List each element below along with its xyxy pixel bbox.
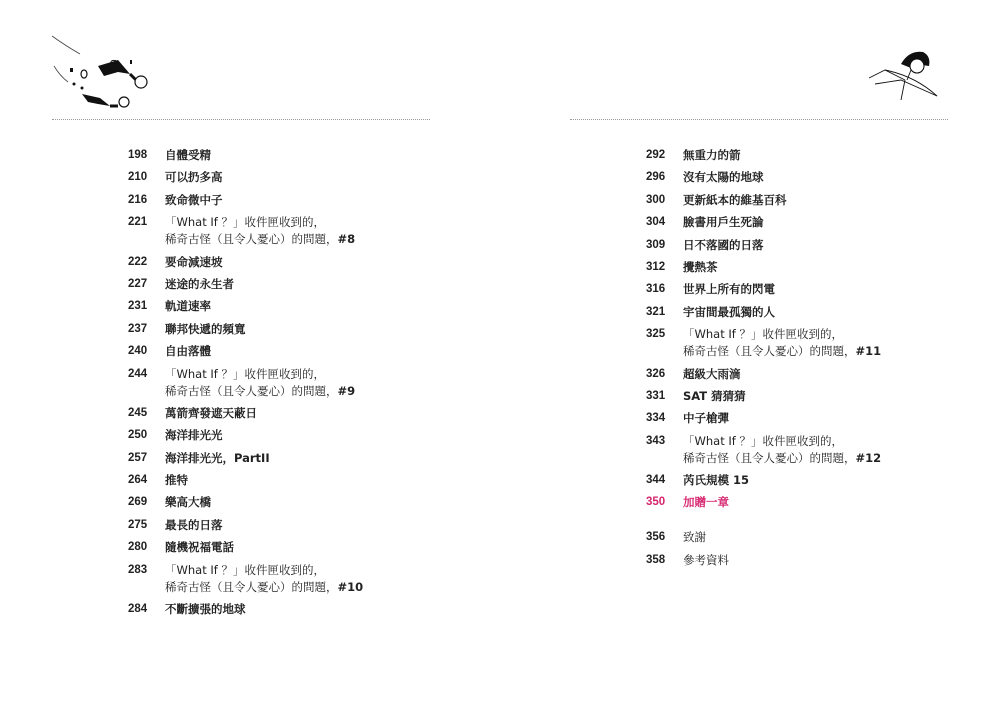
toc-page-number: 216: [128, 192, 165, 209]
toc-title-line: 自體受精: [165, 147, 211, 164]
toc-title: 最長的日落: [165, 517, 223, 534]
toc-title-text: 日不落國的日落: [683, 238, 764, 252]
toc-page-number: 198: [128, 147, 165, 164]
toc-title-text: 樂高大橋: [165, 495, 211, 509]
toc-entry[interactable]: 325「What If ？」收件匣收到的，稀奇古怪（且令人憂心）的問題，#11: [646, 326, 881, 360]
toc-page-number: 221: [128, 214, 165, 231]
toc-title-text: 參考資料: [683, 553, 729, 567]
toc-title: 中子槍彈: [683, 410, 729, 427]
toc-title-text: SAT 猜猜猜: [683, 389, 746, 403]
toc-title-text: 推特: [165, 473, 188, 487]
toc-entry[interactable]: 275最長的日落: [128, 517, 363, 534]
toc-page-number: 344: [646, 472, 683, 489]
toc-title-text: 超級大雨滴: [683, 367, 741, 381]
toc-entry[interactable]: 222要命減速坡: [128, 254, 363, 271]
toc-title-text: 致謝: [683, 530, 706, 544]
toc-title-text: 「What If ？」收件匣收到的，: [683, 327, 843, 341]
toc-title: 日不落國的日落: [683, 237, 764, 254]
toc-page-number: 316: [646, 281, 683, 298]
toc-entry[interactable]: 312攪熱茶: [646, 259, 881, 276]
toc-entry[interactable]: 316世界上所有的閃電: [646, 281, 881, 298]
toc-page-number: 296: [646, 169, 683, 186]
toc-page-number: 283: [128, 562, 165, 579]
toc-title-text: 稀奇古怪（且令人憂心）的問題，: [165, 580, 338, 594]
right-page: 292無重力的箭296沒有太陽的地球300更新紙本的維基百科304臉書用戶生死論…: [500, 0, 1000, 707]
toc-title: 超級大雨滴: [683, 366, 741, 383]
toc-page-number: 304: [646, 214, 683, 231]
left-page: 198自體受精210可以扔多高216致命微中子221「What If ？」收件匣…: [0, 0, 500, 707]
toc-title: 不斷擴張的地球: [165, 601, 246, 618]
toc-title-text: 中子槍彈: [683, 411, 729, 425]
toc-title-line: 芮氏規模 15: [683, 472, 749, 489]
toc-entry[interactable]: 356致謝: [646, 529, 881, 546]
toc-title-line: 稀奇古怪（且令人憂心）的問題，#9: [165, 383, 355, 400]
toc-title-text: 「What If ？」收件匣收到的，: [683, 434, 843, 448]
toc-title-text: 不斷擴張的地球: [165, 602, 246, 616]
toc-page-number: 210: [128, 169, 165, 186]
toc-entry[interactable]: 292無重力的箭: [646, 147, 881, 164]
toc-title-line: 可以扔多高: [165, 169, 223, 186]
toc-title: 推特: [165, 472, 188, 489]
toc-page-number: 269: [128, 494, 165, 511]
toc-entry[interactable]: 358參考資料: [646, 552, 881, 569]
toc-page-number: 312: [646, 259, 683, 276]
toc-page-number: 292: [646, 147, 683, 164]
toc-title-line: 軌道速率: [165, 298, 211, 315]
toc-page-number: 264: [128, 472, 165, 489]
toc-title-text: 軌道速率: [165, 299, 211, 313]
toc-title-line: 「What If ？」收件匣收到的，: [165, 562, 363, 579]
toc-title: 萬箭齊發遮天蔽日: [165, 405, 257, 422]
dotted-divider: [52, 119, 430, 120]
toc-entry[interactable]: 283「What If ？」收件匣收到的，稀奇古怪（且令人憂心）的問題，#10: [128, 562, 363, 596]
toc-page-number: 334: [646, 410, 683, 427]
toc-title-text: 稀奇古怪（且令人憂心）的問題，: [683, 344, 856, 358]
toc-list-left: 198自體受精210可以扔多高216致命微中子221「What If ？」收件匣…: [128, 147, 363, 623]
toc-title-text: 「What If ？」收件匣收到的，: [165, 215, 325, 229]
toc-entry[interactable]: 300更新紙本的維基百科: [646, 192, 881, 209]
toc-title-line: 中子槍彈: [683, 410, 729, 427]
toc-title-text: 加贈一章: [683, 495, 729, 509]
toc-entry[interactable]: 344芮氏規模 15: [646, 472, 881, 489]
toc-title-line: 日不落國的日落: [683, 237, 764, 254]
toc-title-text: 稀奇古怪（且令人憂心）的問題，: [165, 384, 338, 398]
toc-entry[interactable]: 231軌道速率: [128, 298, 363, 315]
toc-title-line: 稀奇古怪（且令人憂心）的問題，#8: [165, 231, 355, 248]
toc-entry[interactable]: 326超級大雨滴: [646, 366, 881, 383]
toc-title: SAT 猜猜猜: [683, 388, 746, 405]
toc-title-text: 要命減速坡: [165, 255, 223, 269]
toc-page-number: 309: [646, 237, 683, 254]
toc-title-text: 海洋排光光: [165, 428, 223, 442]
toc-page-number: 350: [646, 494, 683, 511]
toc-title-line: 稀奇古怪（且令人憂心）的問題，#10: [165, 579, 363, 596]
toc-entry[interactable]: 250海洋排光光: [128, 427, 363, 444]
toc-title-text: 萬箭齊發遮天蔽日: [165, 406, 257, 420]
toc-page-number: 325: [646, 326, 683, 343]
toc-title-text: 稀奇古怪（且令人憂心）的問題，: [683, 451, 856, 465]
toc-title-line: 最長的日落: [165, 517, 223, 534]
toc-page-number: 343: [646, 433, 683, 450]
toc-entry[interactable]: 198自體受精: [128, 147, 363, 164]
toc-title-line: 隨機祝福電話: [165, 539, 234, 556]
stick-figure-archer-icon: [865, 40, 945, 110]
toc-entry[interactable]: 350加贈一章: [646, 494, 881, 511]
toc-title-text: 自由落體: [165, 344, 211, 358]
toc-title: 軌道速率: [165, 298, 211, 315]
toc-issue-tag: #12: [856, 451, 882, 465]
toc-title-line: 加贈一章: [683, 494, 729, 511]
toc-entry[interactable]: 280隨機祝福電話: [128, 539, 363, 556]
toc-title: 迷途的永生者: [165, 276, 234, 293]
toc-title-text: 稀奇古怪（且令人憂心）的問題，: [165, 232, 338, 246]
toc-title-line: 樂高大橋: [165, 494, 211, 511]
toc-page-number: 231: [128, 298, 165, 315]
toc-title: 海洋排光光: [165, 427, 223, 444]
toc-title-line: 無重力的箭: [683, 147, 741, 164]
toc-title-text: 攪熱茶: [683, 260, 718, 274]
toc-entry[interactable]: 343「What If ？」收件匣收到的，稀奇古怪（且令人憂心）的問題，#12: [646, 433, 881, 467]
toc-title-text: 世界上所有的閃電: [683, 282, 775, 296]
toc-entry[interactable]: 257海洋排光光，PartII: [128, 450, 363, 467]
toc-title: 無重力的箭: [683, 147, 741, 164]
toc-entry[interactable]: 321宇宙間最孤獨的人: [646, 304, 881, 321]
toc-title-line: 海洋排光光: [165, 427, 223, 444]
toc-title: 世界上所有的閃電: [683, 281, 775, 298]
toc-title-text: 無重力的箭: [683, 148, 741, 162]
toc-issue-tag: #11: [856, 344, 882, 358]
toc-page-number: 227: [128, 276, 165, 293]
toc-title: 隨機祝福電話: [165, 539, 234, 556]
toc-title-line: 「What If ？」收件匣收到的，: [165, 366, 355, 383]
toc-page-number: 284: [128, 601, 165, 618]
toc-title-line: 稀奇古怪（且令人憂心）的問題，#12: [683, 450, 881, 467]
toc-title: 自體受精: [165, 147, 211, 164]
toc-title-text: 海洋排光光，PartII: [165, 451, 270, 465]
toc-title-text: 自體受精: [165, 148, 211, 162]
toc-title-text: 聯邦快遞的頻寬: [165, 322, 246, 336]
toc-title-text: 最長的日落: [165, 518, 223, 532]
toc-entry[interactable]: 216致命微中子: [128, 192, 363, 209]
toc-title: 聯邦快遞的頻寬: [165, 321, 246, 338]
toc-title-text: 臉書用戶生死論: [683, 215, 764, 229]
toc-title: 海洋排光光，PartII: [165, 450, 270, 467]
toc-page-number: 257: [128, 450, 165, 467]
toc-title-line: 要命減速坡: [165, 254, 223, 271]
toc-page-number: 250: [128, 427, 165, 444]
toc-title: 自由落體: [165, 343, 211, 360]
toc-title: 樂高大橋: [165, 494, 211, 511]
toc-page-number: 237: [128, 321, 165, 338]
toc-title: 臉書用戶生死論: [683, 214, 764, 231]
toc-entry[interactable]: 221「What If ？」收件匣收到的，稀奇古怪（且令人憂心）的問題，#8: [128, 214, 363, 248]
toc-title-line: 迷途的永生者: [165, 276, 234, 293]
toc-title-line: 自由落體: [165, 343, 211, 360]
toc-title-line: 「What If ？」收件匣收到的，: [683, 433, 881, 450]
toc-title: 宇宙間最孤獨的人: [683, 304, 775, 321]
toc-title-line: 參考資料: [683, 552, 729, 569]
toc-page-number: 331: [646, 388, 683, 405]
toc-title-text: 「What If ？」收件匣收到的，: [165, 563, 325, 577]
toc-title-line: 「What If ？」收件匣收到的，: [165, 214, 355, 231]
toc-title-line: 世界上所有的閃電: [683, 281, 775, 298]
toc-title: 芮氏規模 15: [683, 472, 749, 489]
toc-title: 「What If ？」收件匣收到的，稀奇古怪（且令人憂心）的問題，#9: [165, 366, 355, 400]
toc-title: 加贈一章: [683, 494, 729, 511]
toc-title: 參考資料: [683, 552, 729, 569]
toc-title-line: 聯邦快遞的頻寬: [165, 321, 246, 338]
toc-list-right: 292無重力的箭296沒有太陽的地球300更新紙本的維基百科304臉書用戶生死論…: [646, 147, 881, 574]
toc-entry[interactable]: 334中子槍彈: [646, 410, 881, 427]
toc-page-number: 280: [128, 539, 165, 556]
toc-issue-tag: #10: [338, 580, 364, 594]
toc-title-text: 「What If ？」收件匣收到的，: [165, 367, 325, 381]
toc-page-number: 356: [646, 529, 683, 546]
toc-issue-tag: #9: [338, 384, 356, 398]
toc-page-number: 300: [646, 192, 683, 209]
toc-title-line: 不斷擴張的地球: [165, 601, 246, 618]
toc-title-line: 海洋排光光，PartII: [165, 450, 270, 467]
toc-title: 沒有太陽的地球: [683, 169, 764, 186]
toc-title: 致謝: [683, 529, 706, 546]
toc-title-line: 推特: [165, 472, 188, 489]
toc-title-line: 致謝: [683, 529, 706, 546]
toc-page-number: 244: [128, 366, 165, 383]
toc-title-line: 宇宙間最孤獨的人: [683, 304, 775, 321]
toc-title-line: 「What If ？」收件匣收到的，: [683, 326, 881, 343]
toc-entry[interactable]: 227迷途的永生者: [128, 276, 363, 293]
toc-title: 要命減速坡: [165, 254, 223, 271]
toc-title-text: 隨機祝福電話: [165, 540, 234, 554]
toc-entry[interactable]: 296沒有太陽的地球: [646, 169, 881, 186]
toc-entry[interactable]: 240自由落體: [128, 343, 363, 360]
toc-entry[interactable]: 304臉書用戶生死論: [646, 214, 881, 231]
toc-entry[interactable]: 237聯邦快遞的頻寬: [128, 321, 363, 338]
toc-title-line: 更新紙本的維基百科: [683, 192, 787, 209]
toc-entry[interactable]: 331SAT 猜猜猜: [646, 388, 881, 405]
toc-title-line: 稀奇古怪（且令人憂心）的問題，#11: [683, 343, 881, 360]
toc-title-line: 攪熱茶: [683, 259, 718, 276]
toc-title-text: 迷途的永生者: [165, 277, 234, 291]
toc-entry[interactable]: 284不斷擴張的地球: [128, 601, 363, 618]
toc-entry[interactable]: 264推特: [128, 472, 363, 489]
toc-page-number: 358: [646, 552, 683, 569]
dotted-divider: [570, 119, 948, 120]
toc-entry[interactable]: 244「What If ？」收件匣收到的，稀奇古怪（且令人憂心）的問題，#9: [128, 366, 363, 400]
toc-title-text: 宇宙間最孤獨的人: [683, 305, 775, 319]
toc-title-text: 更新紙本的維基百科: [683, 193, 787, 207]
toc-title: 攪熱茶: [683, 259, 718, 276]
toc-title: 更新紙本的維基百科: [683, 192, 787, 209]
toc-title: 致命微中子: [165, 192, 223, 209]
toc-title-text: 可以扔多高: [165, 170, 223, 184]
stick-figures-flying-icon: [48, 30, 158, 110]
toc-title: 「What If ？」收件匣收到的，稀奇古怪（且令人憂心）的問題，#8: [165, 214, 355, 248]
toc-title: 「What If ？」收件匣收到的，稀奇古怪（且令人憂心）的問題，#10: [165, 562, 363, 596]
toc-title-text: 沒有太陽的地球: [683, 170, 764, 184]
toc-page-number: 275: [128, 517, 165, 534]
toc-entry[interactable]: 309日不落國的日落: [646, 237, 881, 254]
toc-page-number: 240: [128, 343, 165, 360]
toc-page-number: 245: [128, 405, 165, 422]
toc-entry[interactable]: 269樂高大橋: [128, 494, 363, 511]
toc-title-line: 沒有太陽的地球: [683, 169, 764, 186]
toc-page-number: 326: [646, 366, 683, 383]
toc-title-line: SAT 猜猜猜: [683, 388, 746, 405]
toc-title: 可以扔多高: [165, 169, 223, 186]
toc-title-text: 致命微中子: [165, 193, 223, 207]
toc-page-number: 321: [646, 304, 683, 321]
toc-title-line: 致命微中子: [165, 192, 223, 209]
toc-entry[interactable]: 210可以扔多高: [128, 169, 363, 186]
toc-title-line: 臉書用戶生死論: [683, 214, 764, 231]
toc-title: 「What If ？」收件匣收到的，稀奇古怪（且令人憂心）的問題，#11: [683, 326, 881, 360]
toc-title-line: 超級大雨滴: [683, 366, 741, 383]
toc-issue-tag: #8: [338, 232, 356, 246]
toc-entry[interactable]: 245萬箭齊發遮天蔽日: [128, 405, 363, 422]
toc-title-text: 芮氏規模 15: [683, 473, 749, 487]
toc-title-line: 萬箭齊發遮天蔽日: [165, 405, 257, 422]
toc-page-number: 222: [128, 254, 165, 271]
toc-title: 「What If ？」收件匣收到的，稀奇古怪（且令人憂心）的問題，#12: [683, 433, 881, 467]
